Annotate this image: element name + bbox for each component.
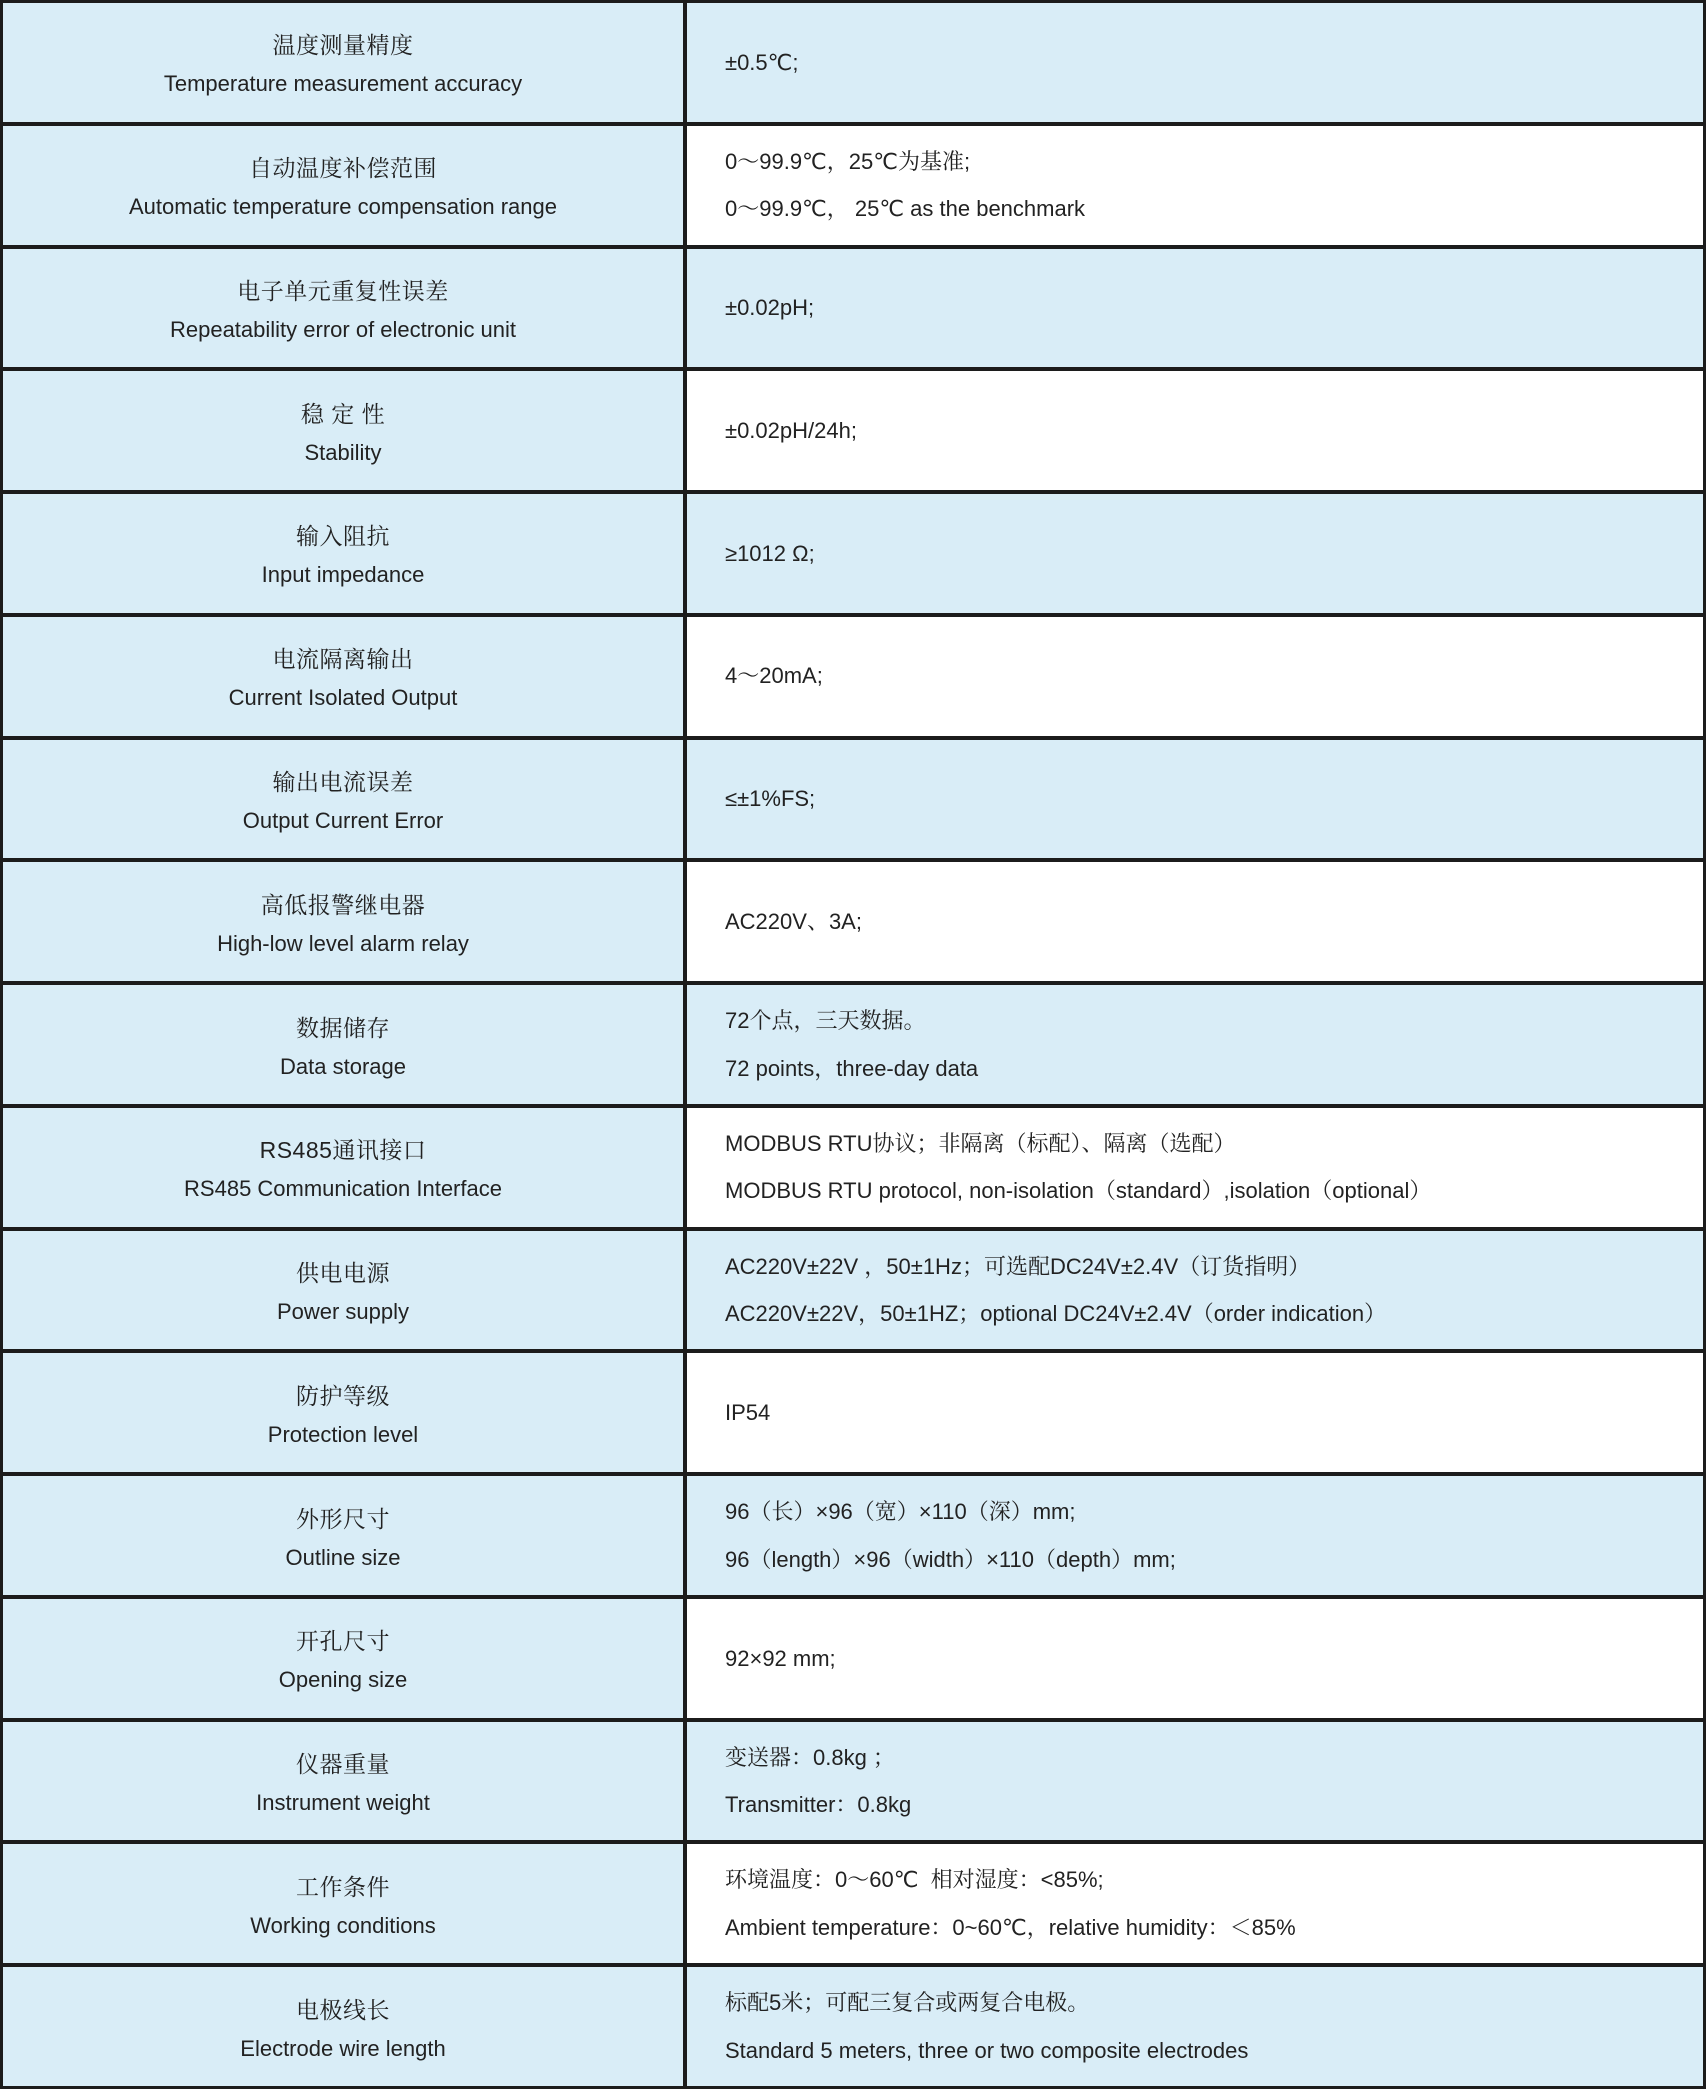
value-line: AC220V±22V，50±1HZ；optional DC24V±2.4V（or…	[725, 1300, 1679, 1328]
spec-label-cell: 输入阻抗 Input impedance	[3, 494, 687, 613]
label-en: High-low level alarm relay	[217, 931, 469, 957]
spec-row: 仪器重量 Instrument weight 变送器：0.8kg ； Trans…	[3, 1722, 1703, 1845]
label-en: Repeatability error of electronic unit	[170, 317, 516, 343]
spec-row: 电子单元重复性误差 Repeatability error of electro…	[3, 249, 1703, 372]
spec-value-cell: 变送器：0.8kg ； Transmitter：0.8kg	[687, 1722, 1703, 1841]
spec-value-cell: ±0.02pH/24h;	[687, 371, 1703, 490]
spec-row: RS485通讯接口 RS485 Communication Interface …	[3, 1108, 1703, 1231]
spec-label-cell: 高低报警继电器 High-low level alarm relay	[3, 862, 687, 981]
spec-label-cell: 电子单元重复性误差 Repeatability error of electro…	[3, 249, 687, 368]
label-en: Opening size	[279, 1667, 407, 1693]
spec-label-cell: 供电电源 Power supply	[3, 1231, 687, 1350]
spec-row: 电流隔离输出 Current Isolated Output 4～20mA;	[3, 617, 1703, 740]
spec-row: 工作条件 Working conditions 环境温度：0～60℃ 相对湿度：…	[3, 1844, 1703, 1967]
label-zh: 稳 定 性	[301, 396, 385, 429]
value-line: ±0.02pH;	[725, 294, 1679, 322]
label-zh: 数据储存	[296, 1010, 390, 1043]
value-line: 96（长）×96（宽）×110（深）mm;	[725, 1498, 1679, 1526]
label-en: Instrument weight	[256, 1790, 430, 1816]
label-zh: RS485通讯接口	[260, 1132, 427, 1165]
value-line: 92×92 mm;	[725, 1645, 1679, 1673]
spec-label-cell: 电极线长 Electrode wire length	[3, 1967, 687, 2086]
spec-label-cell: 输出电流误差 Output Current Error	[3, 740, 687, 859]
label-zh: 输入阻抗	[296, 518, 390, 551]
spec-label-cell: 仪器重量 Instrument weight	[3, 1722, 687, 1841]
spec-value-cell: ±0.5℃;	[687, 3, 1703, 122]
label-en: Stability	[304, 440, 381, 466]
spec-value-cell: 环境温度：0～60℃ 相对湿度：<85%; Ambient temperatur…	[687, 1844, 1703, 1963]
label-en: Working conditions	[250, 1913, 435, 1939]
label-zh: 电极线长	[296, 1992, 390, 2025]
spec-value-cell: 72个点，三天数据。 72 points，three-day data	[687, 985, 1703, 1104]
spec-value-cell: ≤±1%FS;	[687, 740, 1703, 859]
spec-value-cell: AC220V、3A;	[687, 862, 1703, 981]
label-en: Power supply	[277, 1299, 409, 1325]
value-line: Transmitter：0.8kg	[725, 1791, 1679, 1819]
label-en: Temperature measurement accuracy	[164, 71, 522, 97]
value-line: MODBUS RTU协议；非隔离（标配）、隔离（选配）	[725, 1130, 1679, 1158]
label-zh: 开孔尺寸	[296, 1623, 390, 1656]
spec-label-cell: 工作条件 Working conditions	[3, 1844, 687, 1963]
value-line: IP54	[725, 1399, 1679, 1427]
label-zh: 温度测量精度	[273, 27, 414, 60]
spec-label-cell: 防护等级 Protection level	[3, 1353, 687, 1472]
label-en: Protection level	[268, 1422, 418, 1448]
spec-label-cell: 稳 定 性 Stability	[3, 371, 687, 490]
value-line: AC220V±22V ，50±1Hz；可选配DC24V±2.4V（订货指明）	[725, 1253, 1679, 1281]
value-line: ≤±1%FS;	[725, 785, 1679, 813]
label-en: RS485 Communication Interface	[184, 1176, 502, 1202]
spec-row: 温度测量精度 Temperature measurement accuracy …	[3, 3, 1703, 126]
spec-value-cell: 96（长）×96（宽）×110（深）mm; 96（length）×96（widt…	[687, 1476, 1703, 1595]
spec-label-cell: 数据储存 Data storage	[3, 985, 687, 1104]
spec-value-cell: 0～99.9℃，25℃为基准; 0～99.9℃， 25℃ as the benc…	[687, 126, 1703, 245]
label-zh: 自动温度补偿范围	[249, 150, 437, 183]
value-line: 环境温度：0～60℃ 相对湿度：<85%;	[725, 1866, 1679, 1894]
label-zh: 电流隔离输出	[273, 641, 414, 674]
spec-value-cell: AC220V±22V ，50±1Hz；可选配DC24V±2.4V（订货指明） A…	[687, 1231, 1703, 1350]
label-en: Automatic temperature compensation range	[129, 194, 557, 220]
value-line: 0～99.9℃， 25℃ as the benchmark	[725, 195, 1679, 223]
value-line: 0～99.9℃，25℃为基准;	[725, 148, 1679, 176]
spec-row: 输入阻抗 Input impedance ≥1012 Ω;	[3, 494, 1703, 617]
spec-value-cell: MODBUS RTU协议；非隔离（标配）、隔离（选配） MODBUS RTU p…	[687, 1108, 1703, 1227]
spec-row: 高低报警继电器 High-low level alarm relay AC220…	[3, 862, 1703, 985]
value-line: Standard 5 meters, three or two composit…	[725, 2037, 1679, 2065]
spec-value-cell: ±0.02pH;	[687, 249, 1703, 368]
spec-label-cell: 开孔尺寸 Opening size	[3, 1599, 687, 1718]
label-en: Current Isolated Output	[229, 685, 458, 711]
spec-row: 数据储存 Data storage 72个点，三天数据。 72 points，t…	[3, 985, 1703, 1108]
value-line: ±0.02pH/24h;	[725, 417, 1679, 445]
spec-value-cell: 92×92 mm;	[687, 1599, 1703, 1718]
label-en: Data storage	[280, 1054, 406, 1080]
value-line: 标配5米；可配三复合或两复合电极。	[725, 1989, 1679, 2017]
label-en: Output Current Error	[243, 808, 444, 834]
spec-label-cell: 外形尺寸 Outline size	[3, 1476, 687, 1595]
spec-row: 外形尺寸 Outline size 96（长）×96（宽）×110（深）mm; …	[3, 1476, 1703, 1599]
spec-label-cell: RS485通讯接口 RS485 Communication Interface	[3, 1108, 687, 1227]
value-line: 72个点，三天数据。	[725, 1007, 1679, 1035]
spec-label-cell: 温度测量精度 Temperature measurement accuracy	[3, 3, 687, 122]
value-line: 变送器：0.8kg ；	[725, 1744, 1679, 1772]
label-zh: 电子单元重复性误差	[237, 273, 449, 306]
spec-row: 输出电流误差 Output Current Error ≤±1%FS;	[3, 740, 1703, 863]
label-zh: 供电电源	[296, 1255, 390, 1288]
label-en: Input impedance	[262, 562, 425, 588]
label-en: Electrode wire length	[240, 2036, 445, 2062]
spec-label-cell: 自动温度补偿范围 Automatic temperature compensat…	[3, 126, 687, 245]
value-line: MODBUS RTU protocol, non-isolation（stand…	[725, 1177, 1679, 1205]
spec-value-cell: IP54	[687, 1353, 1703, 1472]
spec-row: 防护等级 Protection level IP54	[3, 1353, 1703, 1476]
spec-value-cell: 标配5米；可配三复合或两复合电极。 Standard 5 meters, thr…	[687, 1967, 1703, 2086]
spec-value-cell: 4～20mA;	[687, 617, 1703, 736]
label-zh: 高低报警继电器	[261, 887, 426, 920]
spec-row: 电极线长 Electrode wire length 标配5米；可配三复合或两复…	[3, 1967, 1703, 2086]
spec-row: 自动温度补偿范围 Automatic temperature compensat…	[3, 126, 1703, 249]
label-en: Outline size	[286, 1545, 401, 1571]
label-zh: 输出电流误差	[273, 764, 414, 797]
label-zh: 外形尺寸	[296, 1501, 390, 1534]
spec-label-cell: 电流隔离输出 Current Isolated Output	[3, 617, 687, 736]
label-zh: 工作条件	[296, 1869, 390, 1902]
spec-row: 稳 定 性 Stability ±0.02pH/24h;	[3, 371, 1703, 494]
spec-value-cell: ≥1012 Ω;	[687, 494, 1703, 613]
value-line: AC220V、3A;	[725, 908, 1679, 936]
value-line: 72 points，three-day data	[725, 1055, 1679, 1083]
label-zh: 防护等级	[296, 1378, 390, 1411]
value-line: 4～20mA;	[725, 662, 1679, 690]
label-zh: 仪器重量	[296, 1746, 390, 1779]
value-line: ≥1012 Ω;	[725, 540, 1679, 568]
spec-row: 开孔尺寸 Opening size 92×92 mm;	[3, 1599, 1703, 1722]
value-line: ±0.5℃;	[725, 49, 1679, 77]
value-line: 96（length）×96（width）×110（depth）mm;	[725, 1546, 1679, 1574]
spec-row: 供电电源 Power supply AC220V±22V ，50±1Hz；可选配…	[3, 1231, 1703, 1354]
specification-table: 温度测量精度 Temperature measurement accuracy …	[0, 0, 1706, 2089]
value-line: Ambient temperature：0~60℃，relative humid…	[725, 1914, 1679, 1942]
